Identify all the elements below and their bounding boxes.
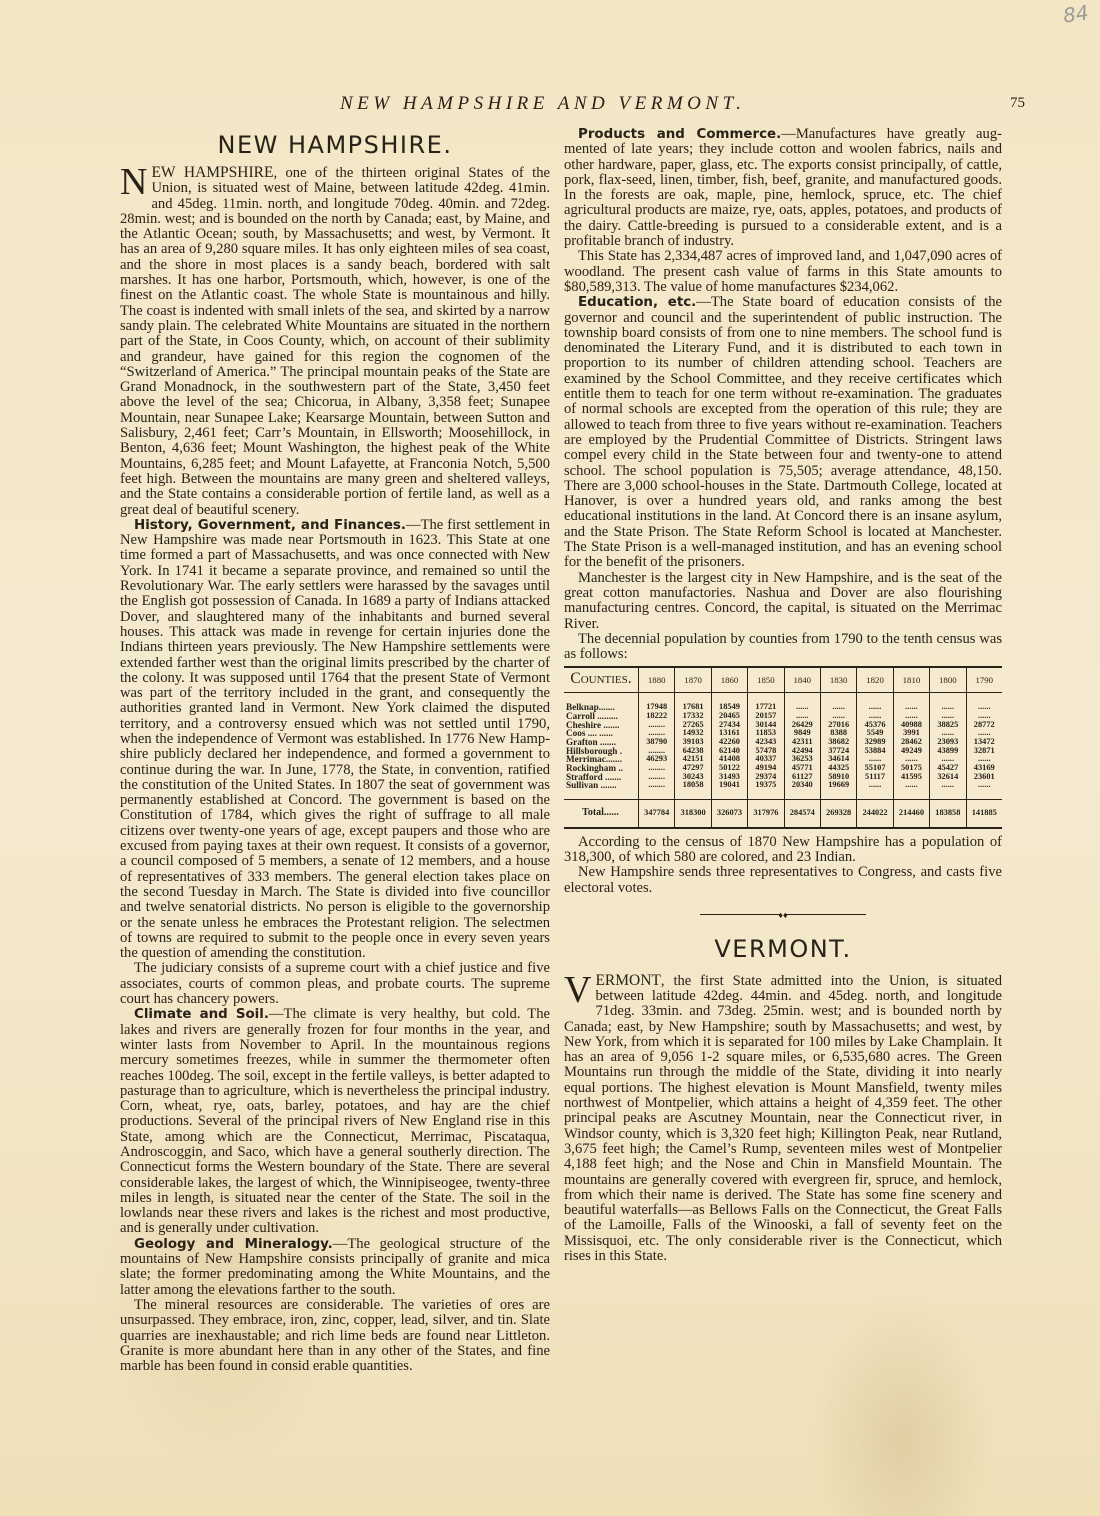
- header-year: 1790: [966, 667, 1002, 692]
- nh-intro-paragraph: NEW HAMPSHIRE, one of the thirteen origi…: [120, 165, 550, 518]
- running-head: NEW HAMPSHIRE AND VERMONT.: [340, 93, 745, 115]
- census-row: Rockingham ..........4729750122491944577…: [564, 764, 1002, 773]
- minerals-paragraph: The mineral resources are considerable. …: [120, 1298, 550, 1374]
- population-cell: ......: [930, 693, 966, 712]
- header-year: 1840: [784, 667, 820, 692]
- climate-paragraph: Climate and Soil.—The climate is very he…: [120, 1007, 550, 1236]
- total-cell: 317976: [748, 800, 784, 828]
- census-row: Hillsborough .........642386214057478424…: [564, 747, 1002, 756]
- header-year: 1830: [820, 667, 856, 692]
- header-year: 1850: [748, 667, 784, 692]
- vt-intro-paragraph: VERMONT, the first State admitted into t…: [564, 973, 1002, 1265]
- census-intro-paragraph: The decennial population by counties fro…: [564, 632, 1002, 663]
- population-cell: 17948: [639, 693, 675, 712]
- header-year: 1880: [639, 667, 675, 692]
- dropcap-v: V: [564, 975, 591, 1005]
- census-row: Sullivan ...............1805819041193752…: [564, 781, 1002, 799]
- section-title-vermont: VERMONT.: [564, 935, 1002, 963]
- population-cell: ......: [966, 693, 1002, 712]
- population-cell: 19375: [748, 781, 784, 799]
- geology-paragraph: Geology and Mineralogy.—The geological s…: [120, 1237, 550, 1298]
- census-row: Merrimac.......4629342151414084033736253…: [564, 755, 1002, 764]
- census-table: Counties. 1880 1870 1860 1850 1840 1830 …: [564, 666, 1002, 828]
- total-cell: 244022: [857, 800, 893, 828]
- history-text: —The first settlement in New Hampshire w…: [120, 517, 550, 961]
- total-cell: 214460: [893, 800, 929, 828]
- census-1870-paragraph: According to the census of 1870 New Hamp…: [564, 835, 1002, 866]
- history-paragraph: History, Government, and Finances.—The f…: [120, 518, 550, 962]
- products-text: —Manufactures have greatly aug­mented of…: [564, 126, 1002, 249]
- section-title-new-hampshire: NEW HAMPSHIRE.: [120, 131, 550, 159]
- book-page: 84 NEW HAMPSHIRE AND VERMONT. 75 NEW HAM…: [0, 0, 1100, 1516]
- census-body: Belknap.......17948176811854917721......…: [564, 693, 1002, 828]
- total-label: Total......: [564, 800, 639, 828]
- education-paragraph: Education, etc.—The State board of educa…: [564, 295, 1002, 570]
- total-cell: 269328: [820, 800, 856, 828]
- census-row: Strafford ...............302433149329374…: [564, 773, 1002, 782]
- census-row: Belknap.......17948176811854917721......…: [564, 693, 1002, 712]
- population-cell: 19669: [820, 781, 856, 799]
- population-cell: 17681: [675, 693, 711, 712]
- judiciary-paragraph: The judiciary consists of a supreme cour…: [120, 961, 550, 1007]
- census-row: Coos .... ..............1493213161118539…: [564, 729, 1002, 738]
- land-paragraph: This State has 2,334,487 acres of improv…: [564, 249, 1002, 295]
- census-row: Grafton .......3879039103422604234342311…: [564, 738, 1002, 747]
- population-cell: 19041: [711, 781, 747, 799]
- census-row: Cheshire ...............2726527434301442…: [564, 721, 1002, 730]
- left-column: NEW HAMPSHIRE. NEW HAMPSHIRE, one of the…: [120, 127, 550, 1374]
- population-cell: ........: [639, 781, 675, 799]
- page-number: 75: [1010, 95, 1025, 112]
- population-cell: ......: [966, 781, 1002, 799]
- total-cell: 318300: [675, 800, 711, 828]
- census-total-row: Total......34778431830032607331797628457…: [564, 800, 1002, 828]
- vt-intro-smallcaps: ERMONT: [595, 972, 660, 989]
- vt-intro-text: , the first State admitted into the Unio…: [564, 973, 1002, 1264]
- header-counties: Counties.: [564, 667, 639, 692]
- total-cell: 141885: [966, 800, 1002, 828]
- total-cell: 284574: [784, 800, 820, 828]
- total-cell: 326073: [711, 800, 747, 828]
- header-year: 1800: [930, 667, 966, 692]
- climate-heading: Climate and Soil.: [134, 1007, 269, 1022]
- population-cell: 18058: [675, 781, 711, 799]
- population-cell: 20340: [784, 781, 820, 799]
- education-text: —The State board of education consists o…: [564, 294, 1002, 570]
- congress-paragraph: New Hampshire sends three representative…: [564, 865, 1002, 896]
- county-name: Belknap.......: [564, 693, 639, 712]
- population-cell: 17721: [748, 693, 784, 712]
- manchester-paragraph: Manchester is the largest city in New Ha…: [564, 571, 1002, 632]
- header-year: 1810: [893, 667, 929, 692]
- population-cell: ......: [930, 781, 966, 799]
- census-row: Carroll .........18222173322046520157...…: [564, 712, 1002, 721]
- total-cell: 183858: [930, 800, 966, 828]
- climate-text: —The climate is very healthy, but cold. …: [120, 1006, 550, 1236]
- population-cell: ......: [893, 693, 929, 712]
- header-year: 1870: [675, 667, 711, 692]
- products-heading: Products and Commerce.: [578, 127, 781, 142]
- county-name: Sullivan .......: [564, 781, 639, 799]
- population-cell: ......: [857, 693, 893, 712]
- header-year: 1860: [711, 667, 747, 692]
- right-column: Products and Commerce.—Manufactures have…: [564, 127, 1002, 1264]
- population-cell: ......: [893, 781, 929, 799]
- population-cell: ......: [784, 693, 820, 712]
- total-cell: 347784: [639, 800, 675, 828]
- header-year: 1820: [857, 667, 893, 692]
- pencil-annotation: 84: [1061, 0, 1090, 27]
- population-cell: ......: [820, 693, 856, 712]
- ornamental-divider: ♦♦: [564, 910, 1002, 919]
- population-cell: 18549: [711, 693, 747, 712]
- products-paragraph: Products and Commerce.—Manufactures have…: [564, 127, 1002, 249]
- census-header-row: Counties. 1880 1870 1860 1850 1840 1830 …: [564, 667, 1002, 692]
- history-heading: History, Government, and Finances.: [134, 518, 406, 533]
- population-cell: ......: [857, 781, 893, 799]
- education-heading: Education, etc.: [578, 295, 696, 310]
- nh-intro-smallcaps: EW HAMPSHIRE: [151, 164, 273, 181]
- nh-intro-text: , one of the thirteen original States of…: [120, 165, 550, 518]
- dropcap-n: N: [120, 167, 147, 197]
- geology-heading: Geology and Mineralogy.: [134, 1237, 333, 1252]
